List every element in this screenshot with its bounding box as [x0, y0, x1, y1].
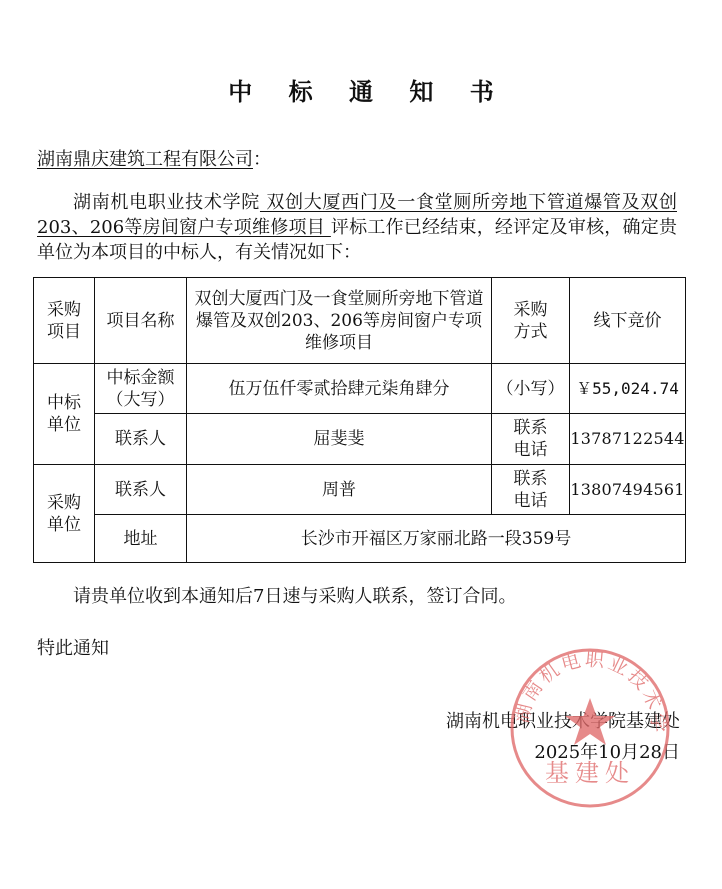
section-label-purchaser: 采购单位 [34, 465, 95, 563]
winner-phone: 13787122544 [570, 414, 686, 465]
table-row-project: 采购项目 项目名称 双创大厦西门及一食堂厕所旁地下管道爆管及双创203、206等… [34, 278, 686, 364]
project-name-value: 双创大厦西门及一食堂厕所旁地下管道爆管及双创203、206等房间窗户专项维修项目 [187, 278, 492, 364]
signer: 湖南机电职业技术学院基建处 [446, 707, 680, 733]
amount-words-value: 伍万伍仟零贰拾肆元柒角肆分 [187, 364, 492, 414]
address-value: 长沙市开福区万家丽北路一段359号 [187, 515, 686, 563]
purchaser-phone: 13807494561 [570, 465, 686, 515]
purchaser-contact-name: 周普 [187, 465, 492, 515]
section-label-project: 采购项目 [34, 278, 95, 364]
document-title: 中 标 通 知 书 [0, 72, 722, 107]
table-row-amount: 中标单位 中标金额（大写） 伍万伍仟零贰拾肆元柒角肆分 （小写） ￥55,024… [34, 364, 686, 414]
issuer-name: 湖南机电职业技术学院 [73, 192, 260, 213]
table-row-winner-contact: 联系人 屈斐斐 联系电话 13787122544 [34, 414, 686, 465]
addressee-name: 湖南鼎庆建筑工程有限公司 [37, 149, 253, 170]
section-label-winner: 中标单位 [34, 364, 95, 465]
project-name-label: 项目名称 [95, 278, 187, 364]
addressee-suffix: ： [253, 149, 271, 170]
method-value: 线下竞价 [570, 278, 686, 364]
method-label: 采购方式 [492, 278, 570, 364]
purchaser-phone-label: 联系电话 [492, 465, 570, 515]
winner-contact-name: 屈斐斐 [187, 414, 492, 465]
purchaser-contact-label: 联系人 [95, 465, 187, 515]
winner-phone-label: 联系电话 [492, 414, 570, 465]
amount-words-label: 中标金额（大写） [95, 364, 187, 414]
award-info-table: 采购项目 项目名称 双创大厦西门及一食堂厕所旁地下管道爆管及双创203、206等… [33, 277, 686, 563]
issue-date: 2025年10月28日 [534, 738, 680, 764]
amount-number: ￥55,024.74 [570, 364, 686, 414]
closing-text: 请贵单位收到本通知后7日速与采购人联系，签订合同。 [73, 582, 516, 608]
amount-small-label: （小写） [492, 364, 570, 414]
body-paragraph: 湖南机电职业技术学院 双创大厦西门及一食堂厕所旁地下管道爆管及双创203、206… [37, 190, 677, 265]
addressee: 湖南鼎庆建筑工程有限公司： [37, 145, 271, 171]
table-row-purchaser-contact: 采购单位 联系人 周普 联系电话 13807494561 [34, 465, 686, 515]
address-label: 地址 [95, 515, 187, 563]
table-row-address: 地址 长沙市开福区万家丽北路一段359号 [34, 515, 686, 563]
winner-contact-label: 联系人 [95, 414, 187, 465]
notice-text: 特此通知 [37, 634, 109, 660]
